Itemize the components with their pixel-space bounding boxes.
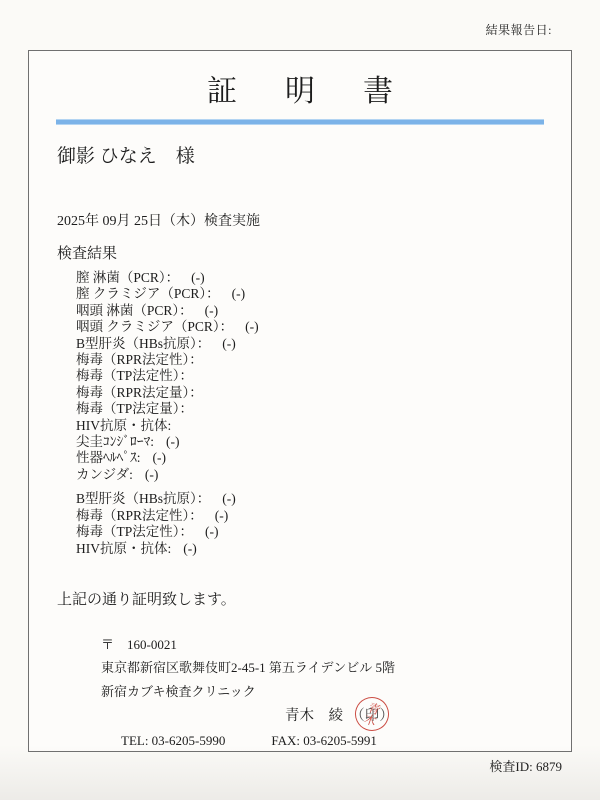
result-row: 梅毒（RPR法定性）： [76, 352, 571, 368]
result-row: 梅毒（RPR法定性）：(-) [76, 508, 571, 524]
result-row: B型肝炎（HBs抗原）：(-) [76, 336, 571, 352]
result-row: 尖圭ｺﾝｼﾞﾛｰﾏ:(-) [76, 434, 571, 450]
result-value: (-) [205, 303, 219, 318]
exam-date: 2025年 09月 25日（木）検査実施 [57, 210, 571, 230]
result-row: カンジダ:(-) [76, 467, 571, 483]
result-value: (-) [222, 491, 236, 506]
report-date-label: 結果報告日: [486, 21, 552, 38]
result-row: 梅毒（TP法定性）： [76, 368, 571, 384]
result-label: 梅毒（TP法定性）： [76, 524, 193, 539]
result-row: 咽頭 淋菌（PCR）：(-) [76, 303, 571, 319]
result-value: (-) [205, 524, 219, 539]
result-value: (-) [222, 336, 236, 351]
result-value: (-) [153, 450, 167, 465]
result-label: B型肝炎（HBs抗原）： [76, 491, 210, 506]
clinic-postal-code: 〒 160-0021 [101, 633, 571, 657]
closing-statement: 上記の通り証明致します。 [57, 588, 571, 609]
result-row: B型肝炎（HBs抗原）：(-) [76, 491, 571, 507]
result-row: HIV抗原・抗体: [76, 418, 571, 434]
certificate-frame: 証 明 書 御影 ひなえ 様 2025年 09月 25日（木）検査実施 検査結果… [28, 50, 572, 752]
result-row: 梅毒（TP法定性）：(-) [76, 524, 571, 540]
result-value: (-) [232, 286, 246, 301]
result-row: 性器ﾍﾙﾍﾟｽ:(-) [76, 450, 571, 466]
result-label: HIV抗原・抗体: [76, 541, 171, 556]
result-label: 梅毒（TP法定性）： [76, 368, 193, 383]
result-value: (-) [191, 270, 205, 285]
result-label: 梅毒（RPR法定量）： [76, 385, 203, 400]
result-value: (-) [245, 319, 259, 334]
results-primary-list: 膣 淋菌（PCR）：(-) 膣 クラミジア（PCR）：(-) 咽頭 淋菌（PCR… [76, 270, 571, 483]
result-label: 咽頭 淋菌（PCR）： [76, 303, 193, 318]
result-label: 尖圭ｺﾝｼﾞﾛｰﾏ: [76, 434, 154, 449]
result-label: 梅毒（RPR法定性）： [76, 508, 203, 523]
title-underline [56, 119, 544, 125]
results-heading: 検査結果 [57, 242, 571, 263]
result-value: (-) [166, 434, 180, 449]
result-value: (-) [145, 467, 159, 482]
clinic-name: 新宿カブキ検査クリニック [101, 680, 571, 704]
result-row: 咽頭 クラミジア（PCR）：(-) [76, 319, 571, 335]
result-label: 咽頭 クラミジア（PCR）： [76, 319, 233, 334]
seal-text: 青木 [362, 701, 381, 728]
tel-number: TEL: 03-6205-5990 [121, 733, 225, 749]
result-row: 梅毒（TP法定量）： [76, 401, 571, 417]
contact-info: TEL: 03-6205-5990 FAX: 03-6205-5991 [121, 733, 571, 749]
result-label: 梅毒（TP法定量）： [76, 401, 193, 416]
result-label: 梅毒（RPR法定性）： [76, 352, 203, 367]
result-row: HIV抗原・抗体:(-) [76, 541, 571, 557]
result-value: (-) [215, 508, 229, 523]
clinic-address: 東京都新宿区歌舞伎町2-45-1 第五ライデンビル 5階 [101, 656, 571, 680]
result-label: 性器ﾍﾙﾍﾟｽ: [76, 450, 141, 465]
recipient-name: 御影 ひなえ 様 [57, 141, 571, 168]
results-secondary-list: B型肝炎（HBs抗原）：(-) 梅毒（RPR法定性）：(-) 梅毒（TP法定性）… [76, 491, 571, 557]
result-row: 膣 クラミジア（PCR）：(-) [76, 286, 571, 302]
result-row: 梅毒（RPR法定量）： [76, 385, 571, 401]
result-value: (-) [183, 541, 197, 556]
document-title: 証 明 書 [29, 66, 571, 110]
fax-number: FAX: 03-6205-5991 [271, 733, 377, 749]
result-label: HIV抗原・抗体: [76, 418, 171, 433]
result-label: 膣 淋菌（PCR）： [76, 270, 179, 285]
result-row: 膣 淋菌（PCR）：(-) [76, 270, 571, 286]
signature-line: 青木 綾 （印） 青木 [285, 704, 571, 726]
result-label: 膣 クラミジア（PCR）： [76, 286, 220, 301]
clinic-info: 〒 160-0021 東京都新宿区歌舞伎町2-45-1 第五ライデンビル 5階 … [101, 633, 571, 704]
result-label: B型肝炎（HBs抗原）： [76, 336, 210, 351]
exam-id: 検査ID: 6879 [489, 756, 562, 775]
result-label: カンジダ: [76, 467, 133, 482]
